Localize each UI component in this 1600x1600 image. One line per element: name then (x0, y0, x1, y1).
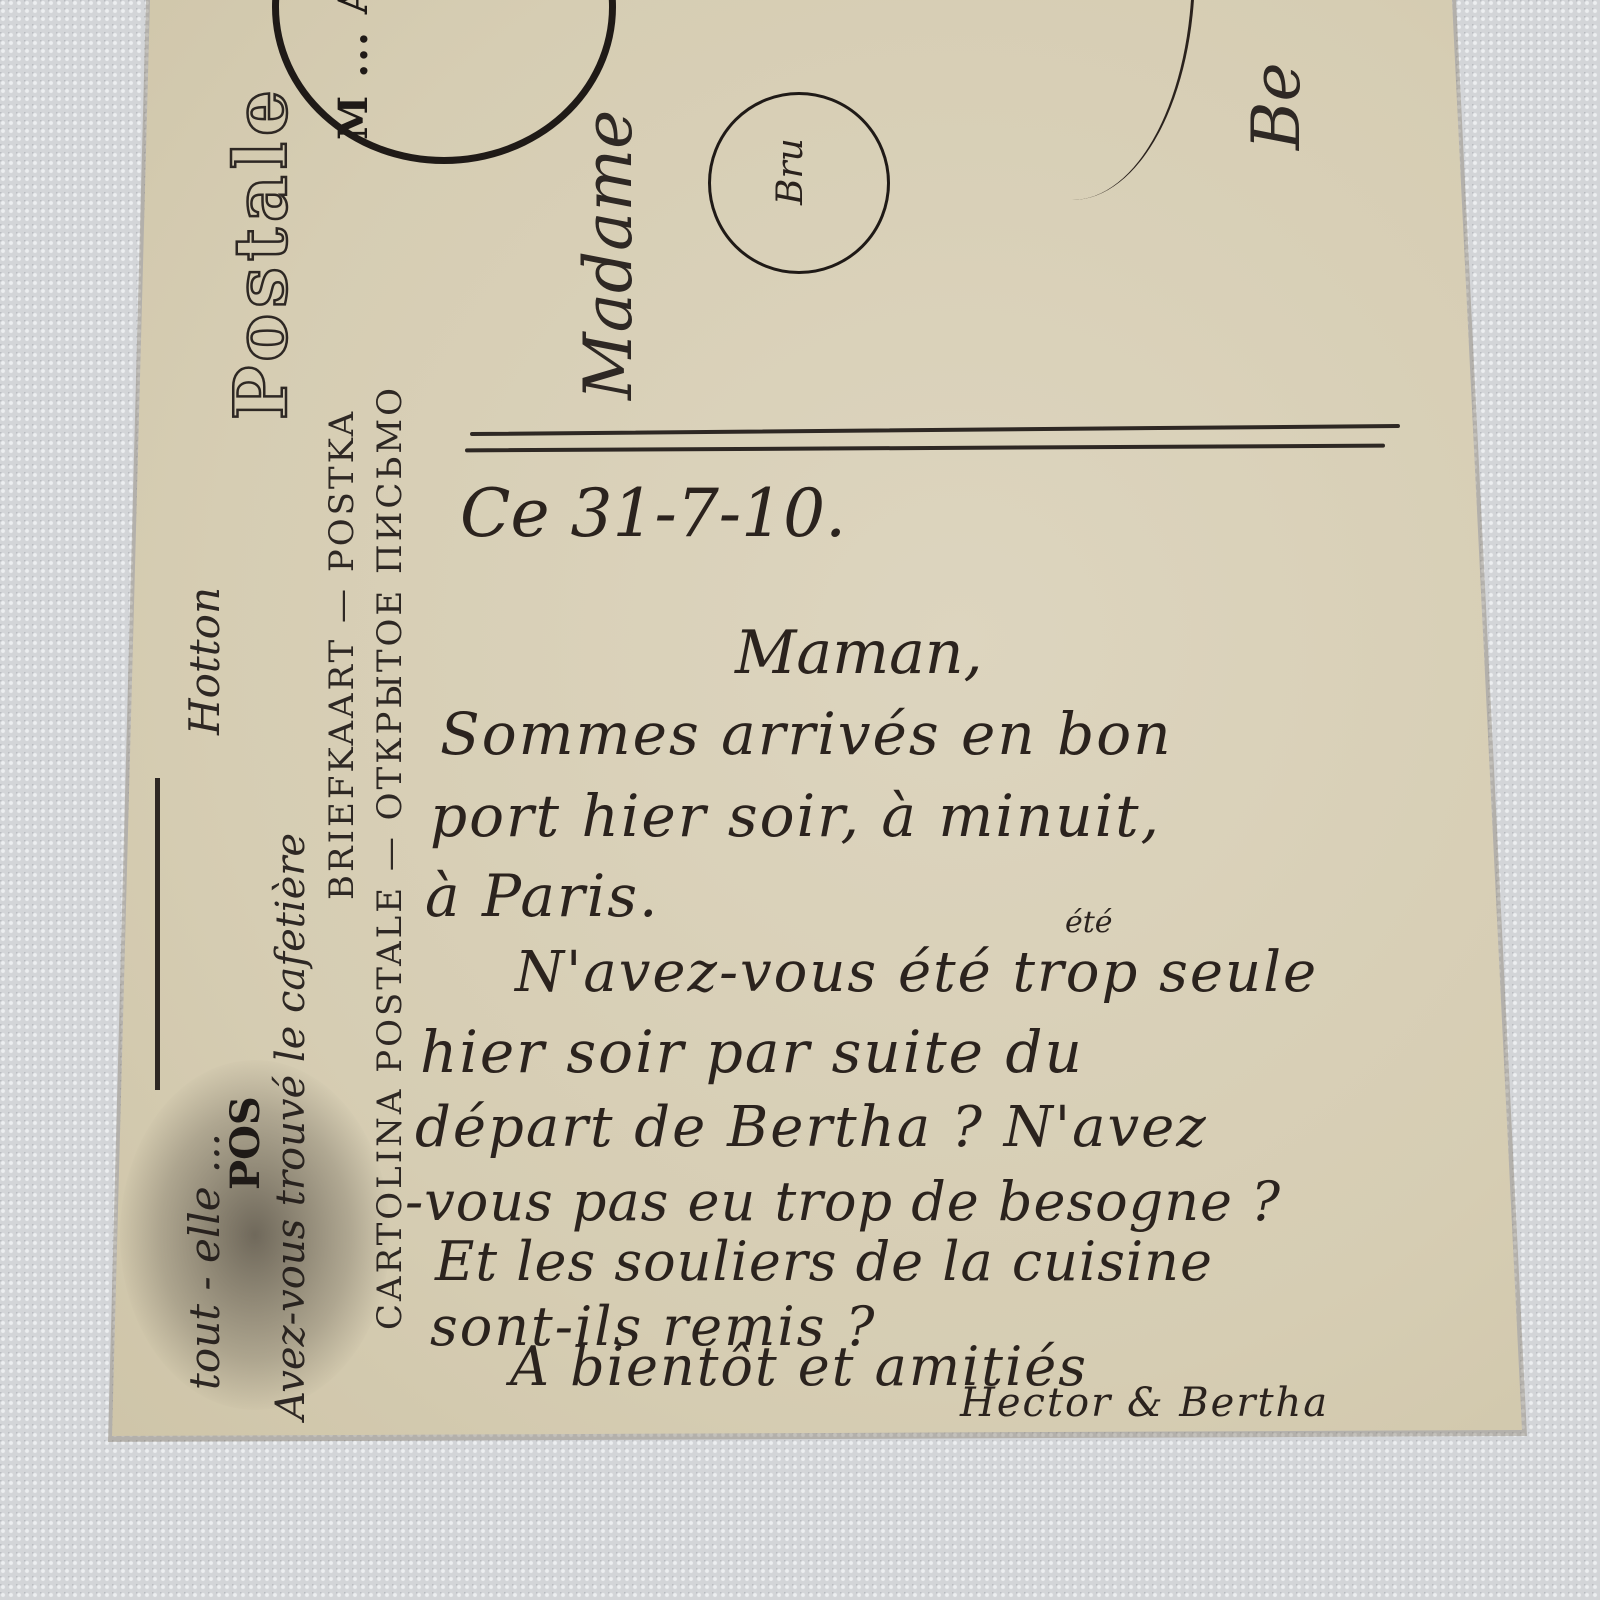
message-line-3: à Paris. (425, 862, 660, 930)
message-date: Ce 31-7-10. (460, 475, 846, 552)
printed-line-briefkaart: BRIEFKAART — POSTKA (322, 409, 362, 900)
message-line-7: -vous pas eu trop de besogne ? (405, 1170, 1281, 1233)
message-insertion: été (1065, 905, 1113, 940)
message-line-8: Et les souliers de la cuisine (435, 1230, 1213, 1293)
message-greeting: Maman, (735, 618, 983, 688)
small-circle-text: Bru (770, 138, 811, 205)
postmark-top-text: M ... AO 1 (330, 0, 377, 140)
address-partial-right: Be (1238, 62, 1315, 150)
message-line-4: N'avez-vous été trop seule (515, 940, 1318, 1005)
message-line-6: départ de Bertha ? N'avez (415, 1095, 1208, 1160)
message-line-2: port hier soir, à minuit, (430, 782, 1161, 850)
message-line-1: Sommes arrivés en bon (440, 700, 1173, 768)
postmark-bottom-text: POS (222, 1096, 269, 1190)
printed-title-postale: Postale (218, 84, 303, 420)
message-signature: Hector & Bertha (960, 1380, 1329, 1426)
address-line (155, 778, 160, 1090)
message-line-5: hier soir par suite du (420, 1018, 1084, 1086)
margin-note-line-2: Hotton (180, 587, 229, 735)
address-salutation: Madame (570, 110, 647, 400)
